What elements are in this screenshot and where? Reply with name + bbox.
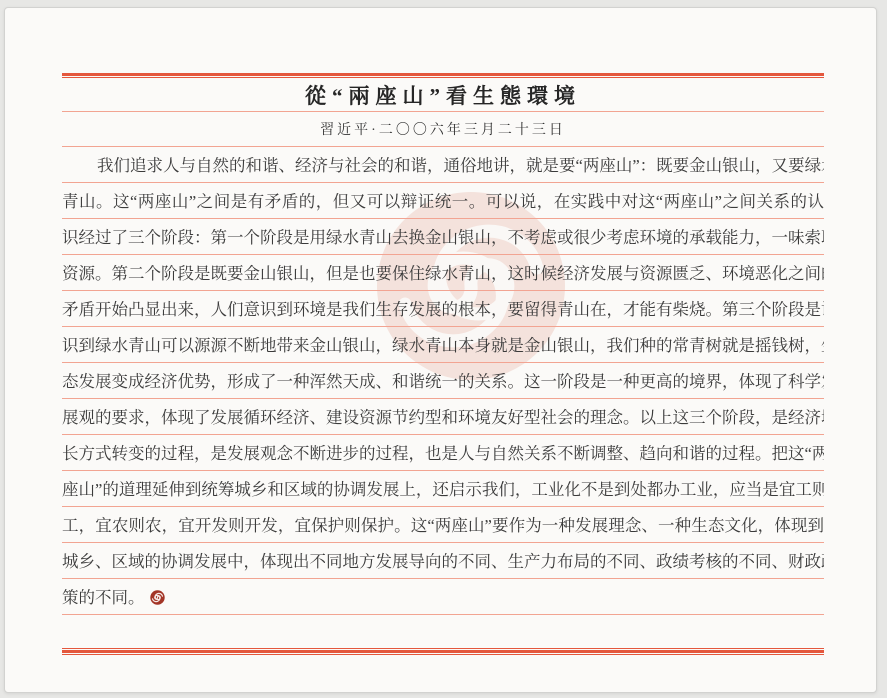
text-line-final: 策的不同。 bbox=[62, 579, 824, 615]
text-line: 识到绿水青山可以源源不断地带来金山银山，绿水青山本身就是金山银山，我们种的常青树… bbox=[62, 327, 824, 363]
text-line: 座山”的道理延伸到统筹城乡和区域的协调发展上，还启示我们，工业化不是到处都办工业… bbox=[62, 471, 824, 507]
bottom-spacer bbox=[62, 615, 824, 648]
text-line: 展观的要求，体现了发展循环经济、建设资源节约型和环境友好型社会的理念。以上这三个… bbox=[62, 399, 824, 435]
letter-content: 從“兩座山”看生態環境 習近平·二〇〇六年三月二十三日 我们追求人与自然的和谐、… bbox=[62, 73, 824, 656]
text-line: 我们追求人与自然的和谐、经济与社会的和谐，通俗地讲，就是要“两座山”：既要金山银… bbox=[62, 147, 824, 183]
text-line: 青山。这“两座山”之间是有矛盾的，但又可以辩证统一。可以说，在实践中对这“两座山… bbox=[62, 183, 824, 219]
phoenix-swirl-icon bbox=[150, 590, 165, 605]
text-line: 资源。第二个阶段是既要金山银山，但是也要保住绿水青山，这时候经济发展与资源匮乏、… bbox=[62, 255, 824, 291]
document-page: 從“兩座山”看生態環境 習近平·二〇〇六年三月二十三日 我们追求人与自然的和谐、… bbox=[4, 7, 877, 693]
text-line: 态发展变成经济优势，形成了一种浑然天成、和谐统一的关系。这一阶段是一种更高的境界… bbox=[62, 363, 824, 399]
bottom-border-band bbox=[62, 648, 824, 656]
text-line: 城乡、区域的协调发展中，体现出不同地方发展导向的不同、生产力布局的不同、政绩考核… bbox=[62, 543, 824, 579]
byline: 習近平·二〇〇六年三月二十三日 bbox=[62, 112, 824, 147]
text-line: 矛盾开始凸显出来，人们意识到环境是我们生存发展的根本，要留得青山在，才能有柴烧。… bbox=[62, 291, 824, 327]
text-line: 识经过了三个阶段：第一个阶段是用绿水青山去换金山银山，不考虑或很少考虑环境的承载… bbox=[62, 219, 824, 255]
text-line: 长方式转变的过程，是发展观念不断进步的过程，也是人与自然关系不断调整、趋向和谐的… bbox=[62, 435, 824, 471]
screenshot-canvas: 從“兩座山”看生態環境 習近平·二〇〇六年三月二十三日 我们追求人与自然的和谐、… bbox=[0, 0, 887, 698]
text-line: 工，宜农则农，宜开发则开发，宜保护则保护。这“两座山”要作为一种发展理念、一种生… bbox=[62, 507, 824, 543]
final-line-text: 策的不同。 bbox=[62, 588, 145, 607]
page-title: 從“兩座山”看生態環境 bbox=[62, 79, 824, 112]
